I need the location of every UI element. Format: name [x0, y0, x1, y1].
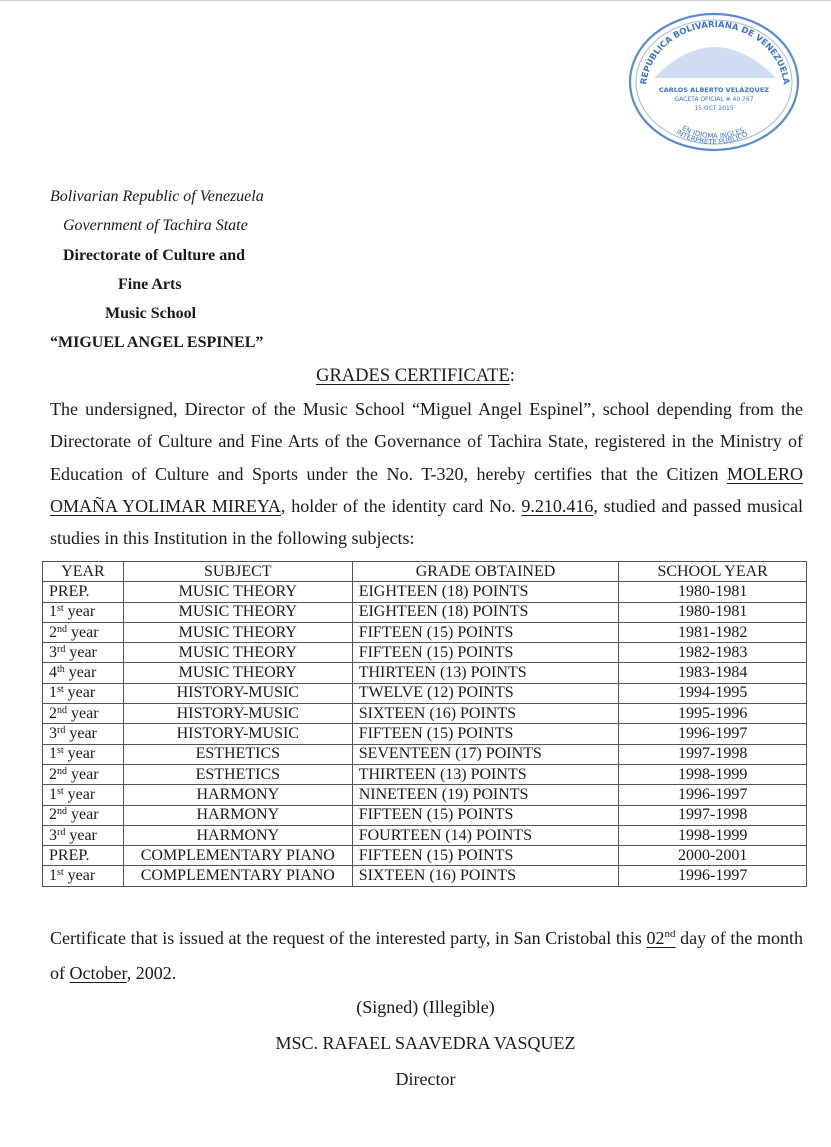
year-number: 2	[49, 705, 57, 722]
table-row: 1st yearHISTORY-MUSICTWELVE (12) POINTS1…	[43, 683, 807, 703]
stamp-seal-icon: REPÚBLICA BOLIVARIANA DE VENEZUELA CARLO…	[624, 6, 804, 154]
identity-card-number: 9.210.416	[521, 496, 593, 516]
cell-year: 1st year	[43, 683, 124, 703]
cell-subject: MUSIC THEORY	[123, 582, 352, 602]
cell-subject: COMPLEMENTARY PIANO	[123, 866, 352, 886]
issue-day-suffix: nd	[665, 928, 676, 940]
cell-subject: MUSIC THEORY	[123, 663, 352, 683]
table-row: 2nd yearHISTORY-MUSICSIXTEEN (16) POINTS…	[43, 704, 807, 724]
official-stamp: REPÚBLICA BOLIVARIANA DE VENEZUELA CARLO…	[624, 6, 804, 154]
year-suffix: nd	[57, 624, 67, 635]
cell-year: PREP.	[43, 846, 124, 866]
table-row: 1st yearESTHETICSSEVENTEEN (17) POINTS19…	[43, 744, 807, 764]
cell-grade: TWELVE (12) POINTS	[352, 683, 619, 703]
year-number: 3	[49, 644, 57, 661]
cell-year: 1st year	[43, 744, 124, 764]
cell-grade: FOURTEEN (14) POINTS	[352, 825, 619, 845]
table-row: 1st yearCOMPLEMENTARY PIANOSIXTEEN (16) …	[43, 866, 807, 886]
cell-year: 1st year	[43, 785, 124, 805]
year-number: 3	[49, 827, 57, 844]
cell-subject: HISTORY-MUSIC	[123, 724, 352, 744]
year-label: year	[65, 725, 97, 742]
cell-year: 2nd year	[43, 764, 124, 784]
cell-grade: FIFTEEN (15) POINTS	[352, 622, 619, 642]
year-label: year	[64, 867, 96, 884]
issue-day: 02nd	[647, 928, 676, 948]
header-school-name: “MIGUEL ANGEL ESPINEL”	[50, 333, 263, 353]
certification-paragraph: The undersigned, Director of the Music S…	[50, 393, 803, 554]
year-label: year	[64, 786, 96, 803]
year-suffix: nd	[57, 705, 67, 716]
year-label: year	[65, 827, 97, 844]
cell-subject: MUSIC THEORY	[123, 643, 352, 663]
table-row: 3rd yearHISTORY-MUSICFIFTEEN (15) POINTS…	[43, 724, 807, 744]
cell-school-year: 1997-1998	[619, 805, 807, 825]
table-header-row: YEAR SUBJECT GRADE OBTAINED SCHOOL YEAR	[43, 562, 807, 582]
year-label: PREP.	[49, 847, 89, 864]
year-label: year	[64, 603, 96, 620]
signatory-role: Director	[0, 1068, 831, 1090]
cell-year: 1st year	[43, 866, 124, 886]
signatory-name: MSC. RAFAEL SAAVEDRA VASQUEZ	[0, 1032, 831, 1054]
cell-school-year: 1994-1995	[619, 683, 807, 703]
cell-subject: HARMONY	[123, 805, 352, 825]
svg-text:15 OCT 2015: 15 OCT 2015	[694, 105, 733, 112]
cell-subject: MUSIC THEORY	[123, 622, 352, 642]
table-row: 1st yearMUSIC THEORYEIGHTEEN (18) POINTS…	[43, 602, 807, 622]
svg-text:CARLOS ALBERTO VELÁZQUEZ: CARLOS ALBERTO VELÁZQUEZ	[659, 85, 769, 94]
cell-year: PREP.	[43, 582, 124, 602]
year-label: year	[67, 624, 99, 641]
year-suffix: st	[57, 867, 64, 878]
cell-school-year: 1981-1982	[619, 622, 807, 642]
body-text-1: The undersigned, Director of the Music S…	[50, 399, 803, 484]
year-suffix: st	[57, 684, 64, 695]
year-suffix: nd	[57, 806, 67, 817]
cell-grade: FIFTEEN (15) POINTS	[352, 846, 619, 866]
closing-text-3: , 2002.	[127, 963, 177, 983]
table-row: 2nd yearHARMONYFIFTEEN (15) POINTS1997-1…	[43, 805, 807, 825]
year-number: 4	[49, 664, 57, 681]
svg-text:GACETA OFICIAL # 40.767: GACETA OFICIAL # 40.767	[674, 96, 753, 103]
cell-grade: EIGHTEEN (18) POINTS	[352, 582, 619, 602]
closing-paragraph: Certificate that is issued at the reques…	[50, 921, 803, 991]
year-number: 1	[49, 867, 57, 884]
year-number: 2	[49, 766, 57, 783]
page-title: GRADES CERTIFICATE:	[0, 364, 831, 388]
table-row: 2nd yearMUSIC THEORYFIFTEEN (15) POINTS1…	[43, 622, 807, 642]
cell-school-year: 1980-1981	[619, 582, 807, 602]
year-suffix: nd	[57, 766, 67, 777]
cell-subject: COMPLEMENTARY PIANO	[123, 846, 352, 866]
cell-subject: HARMONY	[123, 785, 352, 805]
title-text: GRADES CERTIFICATE	[316, 366, 510, 386]
cell-grade: SIXTEEN (16) POINTS	[352, 866, 619, 886]
page-top-edge	[0, 0, 831, 1]
grades-table: YEAR SUBJECT GRADE OBTAINED SCHOOL YEAR …	[42, 561, 807, 887]
cell-year: 4th year	[43, 663, 124, 683]
header-government: Government of Tachira State	[63, 216, 248, 236]
cell-subject: ESTHETICS	[123, 744, 352, 764]
cell-subject: ESTHETICS	[123, 764, 352, 784]
year-label: year	[67, 806, 99, 823]
cell-grade: THIRTEEN (13) POINTS	[352, 663, 619, 683]
cell-grade: SEVENTEEN (17) POINTS	[352, 744, 619, 764]
header-country: Bolivarian Republic of Venezuela	[50, 187, 264, 207]
cell-school-year: 1997-1998	[619, 744, 807, 764]
cell-grade: NINETEEN (19) POINTS	[352, 785, 619, 805]
table-row: 1st yearHARMONYNINETEEN (19) POINTS1996-…	[43, 785, 807, 805]
cell-subject: HARMONY	[123, 825, 352, 845]
year-suffix: st	[57, 603, 64, 614]
cell-school-year: 1982-1983	[619, 643, 807, 663]
year-number: 2	[49, 624, 57, 641]
year-number: 1	[49, 684, 57, 701]
cell-year: 3rd year	[43, 825, 124, 845]
cell-grade: FIFTEEN (15) POINTS	[352, 724, 619, 744]
cell-year: 1st year	[43, 602, 124, 622]
cell-year: 3rd year	[43, 643, 124, 663]
year-label: year	[67, 766, 99, 783]
table-row: 2nd yearESTHETICSTHIRTEEN (13) POINTS199…	[43, 764, 807, 784]
table-row: 4th yearMUSIC THEORYTHIRTEEN (13) POINTS…	[43, 663, 807, 683]
cell-school-year: 1996-1997	[619, 785, 807, 805]
cell-school-year: 1996-1997	[619, 724, 807, 744]
year-label: year	[64, 745, 96, 762]
cell-year: 3rd year	[43, 724, 124, 744]
cell-subject: MUSIC THEORY	[123, 602, 352, 622]
year-label: year	[67, 705, 99, 722]
table-row: 3rd yearMUSIC THEORYFIFTEEN (15) POINTS1…	[43, 643, 807, 663]
cell-grade: THIRTEEN (13) POINTS	[352, 764, 619, 784]
cell-school-year: 1980-1981	[619, 602, 807, 622]
closing-text-1: Certificate that is issued at the reques…	[50, 928, 647, 948]
cell-school-year: 1998-1999	[619, 764, 807, 784]
header-grade: GRADE OBTAINED	[352, 562, 619, 582]
cell-school-year: 1996-1997	[619, 866, 807, 886]
title-colon: :	[510, 366, 515, 386]
year-label: year	[64, 684, 96, 701]
cell-school-year: 1995-1996	[619, 704, 807, 724]
cell-school-year: 2000-2001	[619, 846, 807, 866]
cell-year: 2nd year	[43, 704, 124, 724]
issue-day-number: 02	[647, 928, 665, 948]
year-number: 1	[49, 745, 57, 762]
header-music-school: Music School	[105, 304, 196, 324]
year-label: year	[65, 664, 97, 681]
cell-grade: FIFTEEN (15) POINTS	[352, 643, 619, 663]
cell-subject: HISTORY-MUSIC	[123, 683, 352, 703]
table-row: 3rd yearHARMONYFOURTEEN (14) POINTS1998-…	[43, 825, 807, 845]
cell-school-year: 1998-1999	[619, 825, 807, 845]
header-directorate: Directorate of Culture and	[63, 246, 245, 266]
cell-grade: FIFTEEN (15) POINTS	[352, 805, 619, 825]
cell-grade: SIXTEEN (16) POINTS	[352, 704, 619, 724]
table-row: PREP.COMPLEMENTARY PIANOFIFTEEN (15) POI…	[43, 846, 807, 866]
header-subject: SUBJECT	[123, 562, 352, 582]
header-year: YEAR	[43, 562, 124, 582]
cell-year: 2nd year	[43, 805, 124, 825]
cell-grade: EIGHTEEN (18) POINTS	[352, 602, 619, 622]
year-number: 2	[49, 806, 57, 823]
cell-subject: HISTORY-MUSIC	[123, 704, 352, 724]
signature-note: (Signed) (Illegible)	[0, 996, 831, 1018]
year-number: 1	[49, 786, 57, 803]
body-text-2: , holder of the identity card No.	[281, 496, 521, 516]
issue-month: October	[70, 963, 127, 983]
year-number: 3	[49, 725, 57, 742]
header-fine-arts: Fine Arts	[118, 275, 182, 295]
table-row: PREP.MUSIC THEORYEIGHTEEN (18) POINTS198…	[43, 582, 807, 602]
year-suffix: th	[57, 664, 65, 675]
year-suffix: st	[57, 786, 64, 797]
year-label: PREP.	[49, 583, 89, 600]
cell-year: 2nd year	[43, 622, 124, 642]
header-school-year: SCHOOL YEAR	[619, 562, 807, 582]
year-label: year	[65, 644, 97, 661]
year-suffix: st	[57, 745, 64, 756]
year-number: 1	[49, 603, 57, 620]
cell-school-year: 1983-1984	[619, 663, 807, 683]
